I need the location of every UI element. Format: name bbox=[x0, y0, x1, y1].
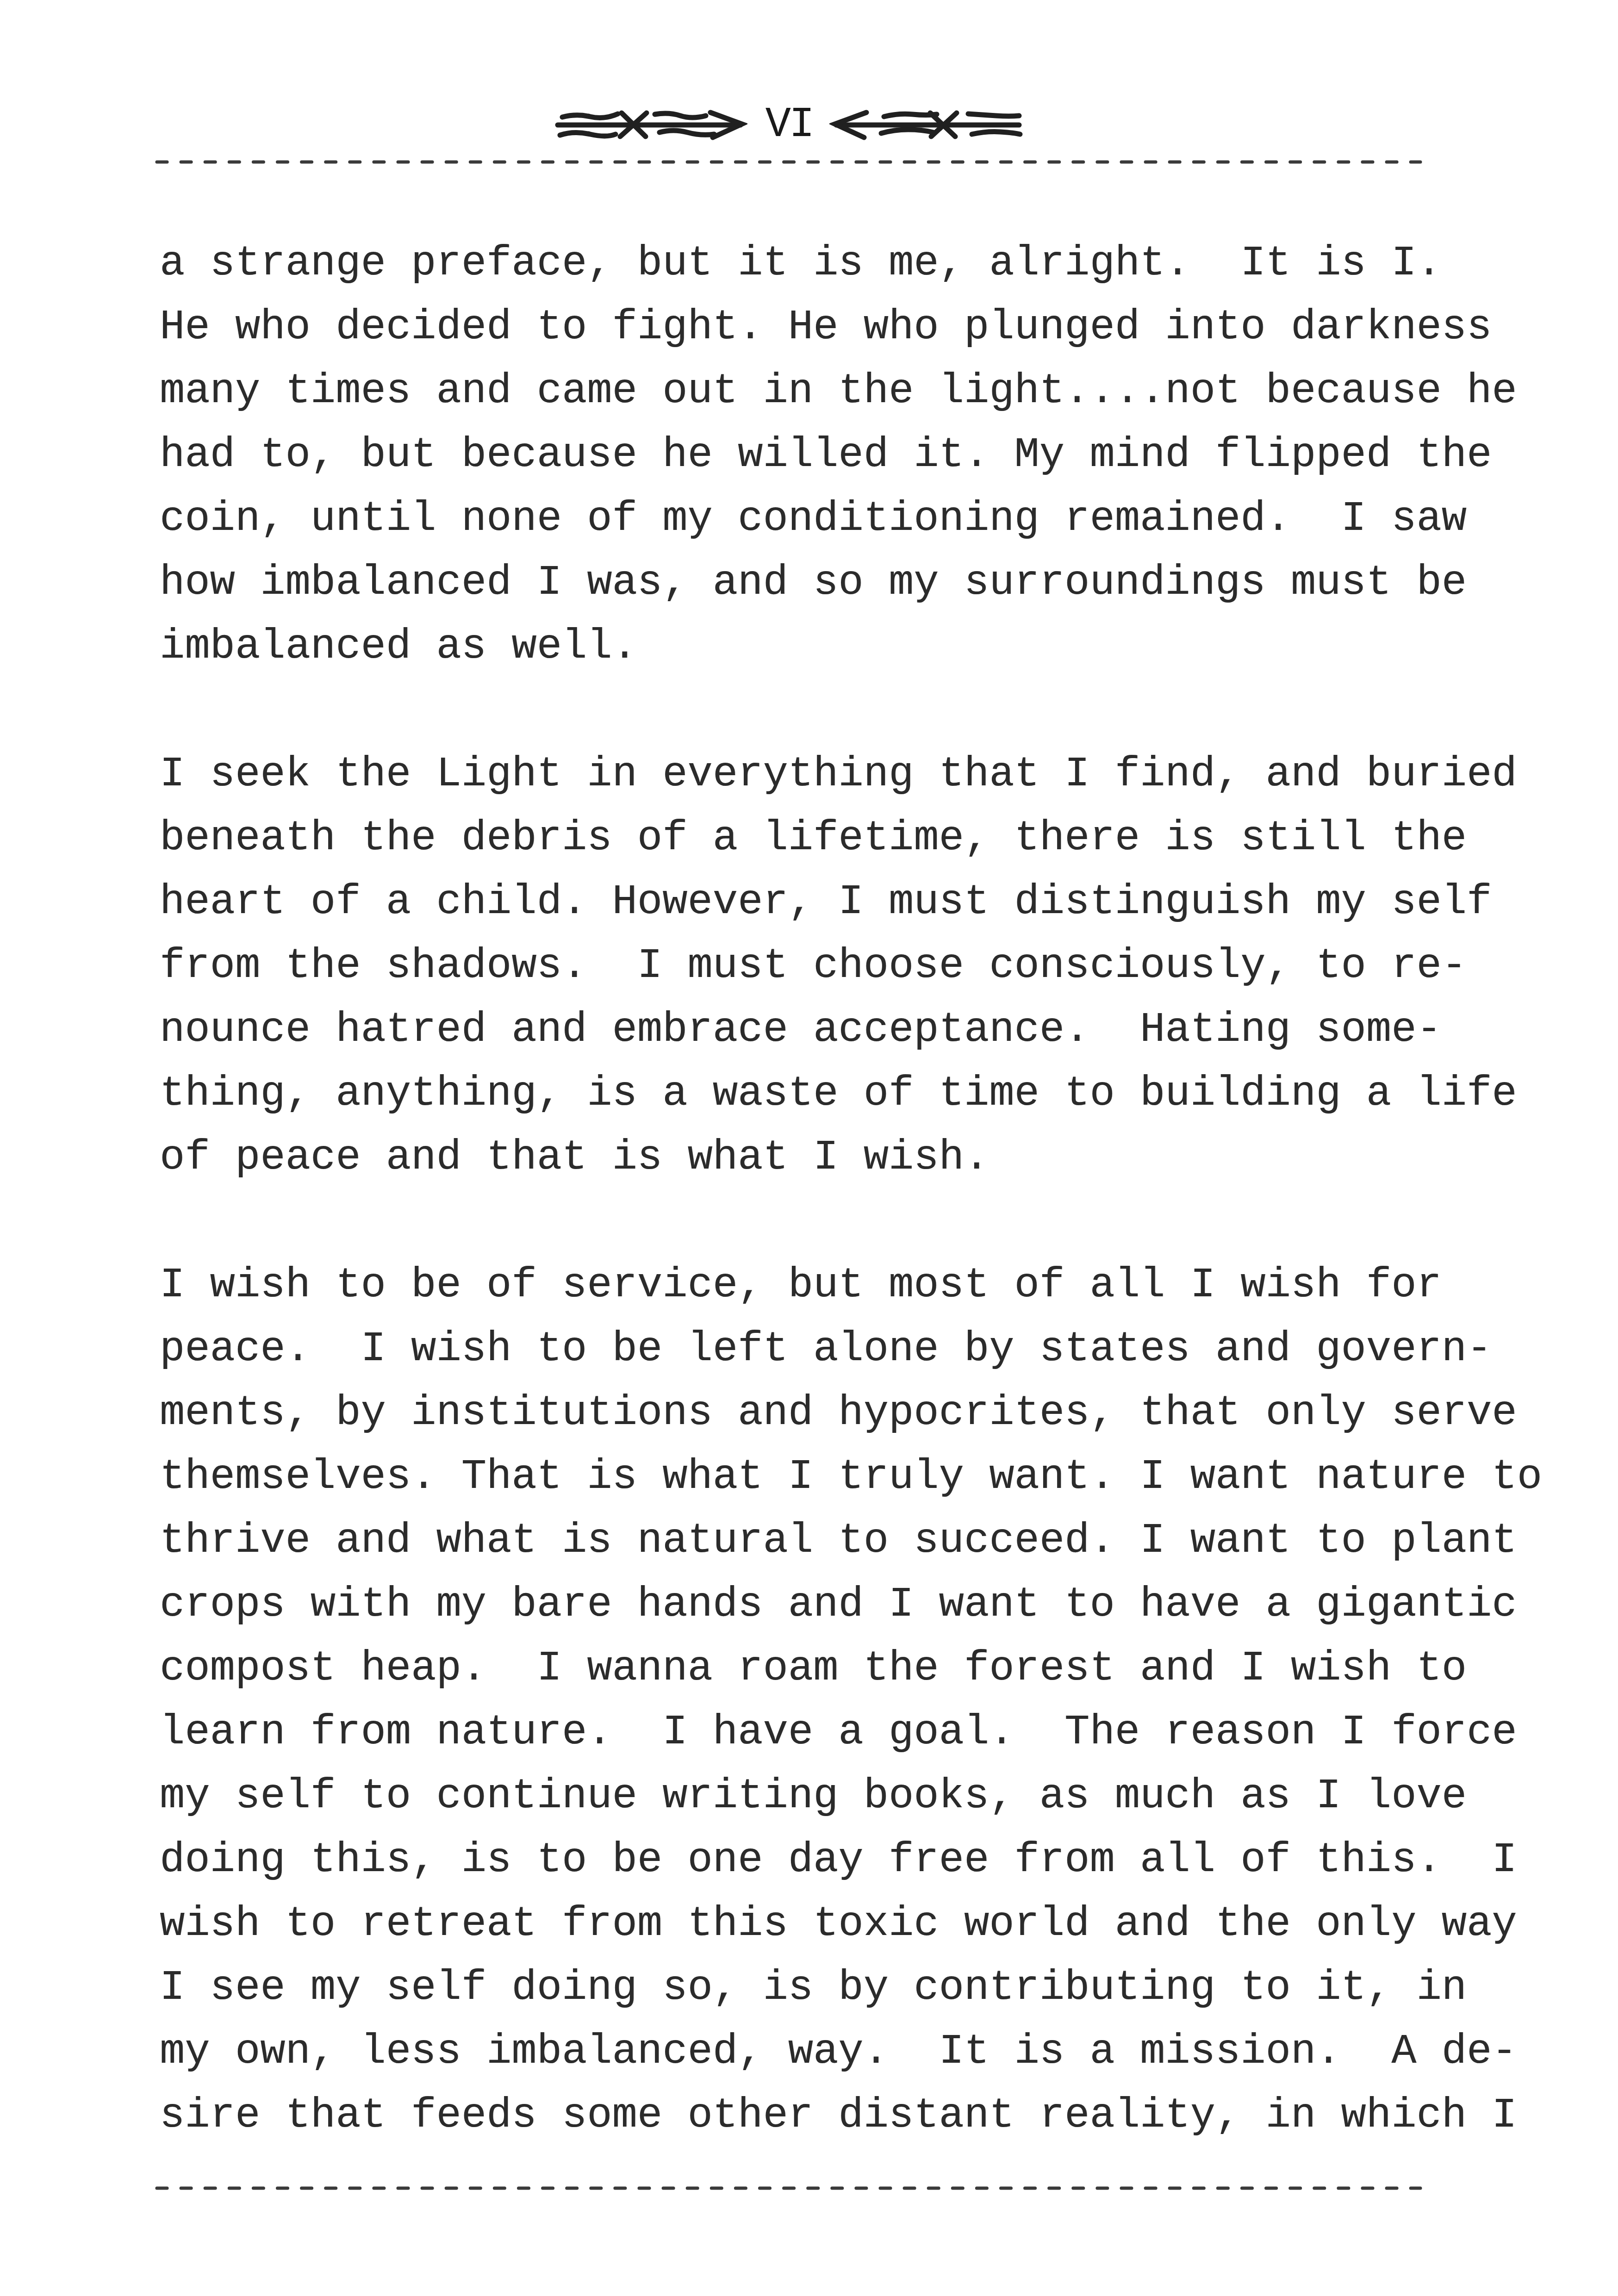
text-line: many times and came out in the light....… bbox=[160, 360, 1437, 423]
text-line: I seek the Light in everything that I fi… bbox=[160, 743, 1437, 807]
text-line: themselves. That is what I truly want. I… bbox=[160, 1445, 1437, 1509]
text-line: had to, but because he willed it. My min… bbox=[160, 423, 1437, 487]
text-line: learn from nature. I have a goal. The re… bbox=[160, 1701, 1437, 1765]
text-line: heart of a child. However, I must distin… bbox=[160, 871, 1437, 934]
text-line: from the shadows. I must choose consciou… bbox=[160, 934, 1437, 998]
paragraph: I seek the Light in everything that I fi… bbox=[160, 743, 1437, 1190]
text-line: a strange preface, but it is me, alright… bbox=[160, 232, 1437, 296]
text-line: how imbalanced I was, and so my surround… bbox=[160, 551, 1437, 615]
book-page: VI a strange preface, but it is me, alri… bbox=[0, 0, 1618, 2296]
top-dashed-rule bbox=[155, 160, 1422, 164]
text-line: I see my self doing so, is by contributi… bbox=[160, 1956, 1437, 2020]
text-line: thing, anything, is a waste of time to b… bbox=[160, 1062, 1437, 1126]
paragraph: a strange preface, but it is me, alright… bbox=[160, 232, 1437, 679]
text-line: wish to retreat from this toxic world an… bbox=[160, 1892, 1437, 1956]
text-line: compost heap. I wanna roam the forest an… bbox=[160, 1637, 1437, 1701]
body-text: a strange preface, but it is me, alright… bbox=[160, 232, 1437, 2148]
text-line: of peace and that is what I wish. bbox=[160, 1126, 1437, 1190]
text-line: beneath the debris of a lifetime, there … bbox=[160, 807, 1437, 871]
arrow-left-ornament-icon bbox=[829, 102, 1024, 148]
text-line: nounce hatred and embrace acceptance. Ha… bbox=[160, 998, 1437, 1062]
text-line: I wish to be of service, but most of all… bbox=[160, 1254, 1437, 1318]
text-line: He who decided to fight. He who plunged … bbox=[160, 296, 1437, 360]
bottom-dashed-rule bbox=[155, 2186, 1422, 2190]
text-line: my self to continue writing books, as mu… bbox=[160, 1765, 1437, 1829]
text-line: doing this, is to be one day free from a… bbox=[160, 1829, 1437, 1892]
chapter-header: VI bbox=[0, 102, 1618, 148]
text-line: crops with my bare hands and I want to h… bbox=[160, 1573, 1437, 1637]
text-line: ments, by institutions and hypocrites, t… bbox=[160, 1381, 1437, 1445]
arrow-right-ornament-icon bbox=[553, 102, 747, 148]
paragraph: I wish to be of service, but most of all… bbox=[160, 1254, 1437, 2148]
chapter-numeral: VI bbox=[754, 104, 824, 146]
text-line: thrive and what is natural to succeed. I… bbox=[160, 1509, 1437, 1573]
text-line: peace. I wish to be left alone by states… bbox=[160, 1318, 1437, 1381]
text-line: my own, less imbalanced, way. It is a mi… bbox=[160, 2020, 1437, 2084]
text-line: coin, until none of my conditioning rema… bbox=[160, 487, 1437, 551]
text-line: imbalanced as well. bbox=[160, 615, 1437, 679]
text-line: sire that feeds some other distant reali… bbox=[160, 2084, 1437, 2148]
